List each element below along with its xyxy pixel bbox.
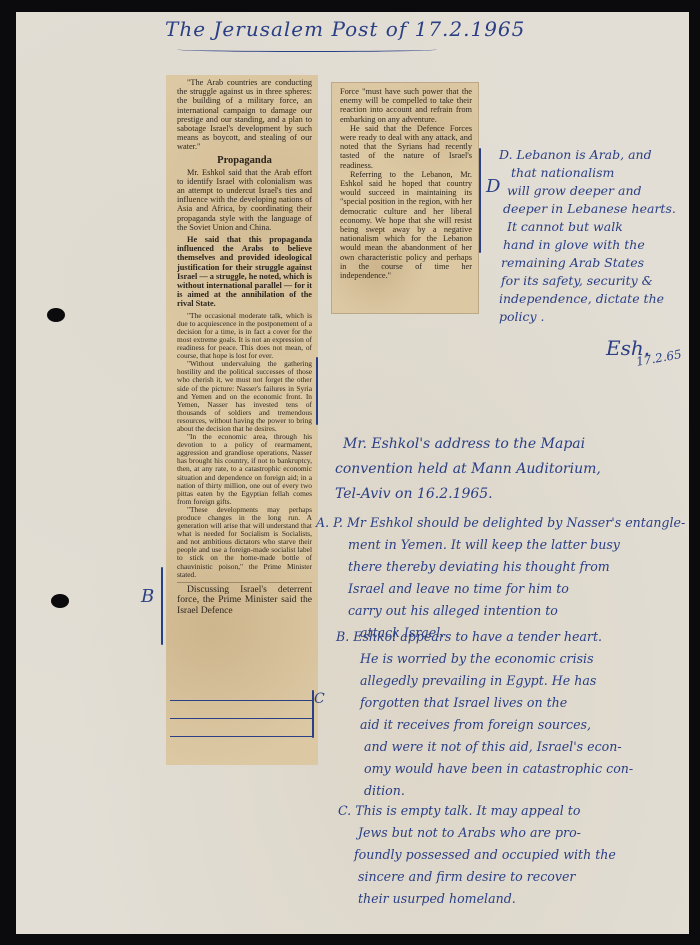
clipping-paragraph: Discussing Israel's deterrent force, the… — [177, 585, 312, 617]
note-line: their usurped homeland. — [338, 888, 616, 910]
note-point-c: C. This is empty talk. It may appeal to … — [338, 800, 616, 910]
clipping-paragraph: Force "must have such power that the ene… — [340, 87, 472, 124]
clipping-tail: Discussing Israel's deterrent force, the… — [177, 582, 312, 617]
clipping-paragraph-underlined: "These developments may perhaps produce … — [177, 506, 312, 579]
handwritten-note-d: D. Lebanon is Arab, and that nationalism… — [499, 146, 676, 326]
clipping-subhead: Propaganda — [177, 155, 312, 166]
note-line: hand in glove with the — [499, 236, 676, 254]
note-point-a: A. P. Mr Eshkol should be delighted by N… — [316, 512, 685, 644]
note-line: independence, dictate the — [499, 290, 676, 308]
note-line: sincere and firm desire to recover — [338, 866, 616, 888]
note-heading-line: convention held at Mann Auditorium, — [335, 457, 601, 482]
margin-bracket-d — [479, 148, 481, 253]
newspaper-clipping-left: "The Arab countries are conducting the s… — [166, 75, 318, 765]
note-point-b: B. Eshkol appears to have a tender heart… — [336, 626, 633, 802]
note-line: Jews but not to Arabs who are pro- — [338, 822, 616, 844]
underline-mark — [170, 700, 312, 701]
handwritten-source-title: The Jerusalem Post of 17.2.1965 — [165, 19, 525, 39]
underline-mark — [170, 718, 312, 719]
clipping-paragraph: "In the economic area, through his devot… — [177, 433, 312, 506]
note-line: ment in Yemen. It will keep the latter b… — [316, 534, 685, 556]
note-line: for its safety, security & — [499, 272, 676, 290]
note-line: dition. — [336, 780, 633, 802]
punch-hole-upper — [47, 308, 65, 322]
note-line: B. Eshkol appears to have a tender heart… — [336, 626, 633, 648]
handwritten-note-main: Mr. Eshkol's address to the Mapai conven… — [339, 432, 601, 507]
note-line: carry out his alleged intention to — [316, 600, 685, 622]
clipping-paragraph: Mr. Eshkol said that the Arab effort to … — [177, 168, 312, 232]
note-line: and were it not of this aid, Israel's ec… — [336, 736, 633, 758]
note-line: there thereby deviating his thought from — [316, 556, 685, 578]
note-line: policy . — [499, 308, 676, 326]
note-line: remaining Arab States — [499, 254, 676, 272]
clipping-paragraph: Referring to the Lebanon, Mr. Eshkol sai… — [340, 170, 472, 280]
note-line: A. P. Mr Eshkol should be delighted by N… — [316, 512, 685, 534]
margin-letter-c: C — [314, 692, 325, 706]
clipping-paragraph: "The occasional moderate talk, which is … — [177, 312, 312, 361]
clipping-paragraph-bold: He said that this propaganda influenced … — [177, 235, 312, 309]
note-heading-line: Mr. Eshkol's address to the Mapai — [339, 432, 601, 457]
note-line: C. This is empty talk. It may appeal to — [338, 800, 616, 822]
newspaper-clipping-right: Force "must have such power that the ene… — [331, 82, 479, 314]
margin-bracket-b — [161, 567, 163, 645]
punch-hole-lower — [51, 594, 69, 608]
margin-letter-b: B — [141, 588, 154, 606]
note-line: He is worried by the economic crisis — [336, 648, 633, 670]
note-line: Israel and leave no time for him to — [316, 578, 685, 600]
note-line: forgotten that Israel lives on the — [336, 692, 633, 714]
note-line: allegedly prevailing in Egypt. He has — [336, 670, 633, 692]
clipping-paragraph: "The Arab countries are conducting the s… — [177, 78, 312, 152]
clipping-paragraph: "Without undervaluing the gathering host… — [177, 360, 312, 433]
note-line: D. Lebanon is Arab, and — [499, 146, 676, 164]
note-line: that nationalism — [499, 164, 676, 182]
margin-bracket-a — [316, 357, 318, 425]
note-line: It cannot but walk — [499, 218, 676, 236]
underline-mark — [170, 736, 312, 737]
note-heading-line: Tel-Aviv on 16.2.1965. — [335, 482, 601, 507]
note-line: will grow deeper and — [499, 182, 676, 200]
title-underline — [177, 47, 437, 52]
note-line: aid it receives from foreign sources, — [336, 714, 633, 736]
note-line: foundly possessed and occupied with the — [338, 844, 616, 866]
note-line: omy would have been in catastrophic con- — [336, 758, 633, 780]
note-line: deeper in Lebanese hearts. — [499, 200, 676, 218]
clipping-paragraph: He said that the Defence Forces were rea… — [340, 124, 472, 170]
